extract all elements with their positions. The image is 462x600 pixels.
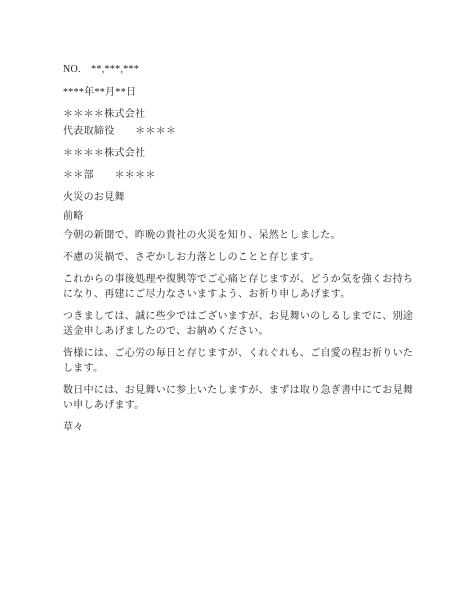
closing: 草々	[63, 420, 420, 435]
body-paragraph: 数日中には、お見舞いに参上いたしますが、まずは取り急ぎ書中にてお見舞い申しあげま…	[63, 383, 420, 413]
body-paragraph: 皆様には、ご心労の毎日と存じますが、くれぐれも、ご自愛の程お祈りいたします。	[63, 346, 420, 376]
subject-line: 火災のお見舞	[63, 190, 420, 205]
recipient-company: ＊＊＊＊株式会社	[63, 107, 420, 122]
salutation: 前略	[63, 209, 420, 224]
sender-company: ＊＊＊＊株式会社	[63, 146, 420, 161]
body-paragraph: これからの事後処理や復興等でご心痛と存じますが、どうか気を強くお持ちになり、再建…	[63, 272, 420, 302]
body-paragraph: 今朝の新聞で、昨晩の貴社の火災を知り、呆然としました。	[63, 228, 420, 243]
doc-number: NO. **,***,***	[63, 62, 420, 77]
date-line: ****年**月**日	[63, 85, 420, 100]
recipient-title-name: 代表取締役 ＊＊＊＊	[63, 124, 420, 139]
sender-dept-name: ＊＊部 ＊＊＊＊	[63, 168, 420, 183]
letter-page: NO. **,***,*** ****年**月**日 ＊＊＊＊株式会社 代表取締…	[0, 0, 462, 600]
body-paragraph: つきましては、誠に些少ではございますが、お見舞いのしるしまでに、別途送金申しあげ…	[63, 309, 420, 339]
body-paragraph: 不慮の災禍で、さぞかしお力落としのことと存じます。	[63, 250, 420, 265]
